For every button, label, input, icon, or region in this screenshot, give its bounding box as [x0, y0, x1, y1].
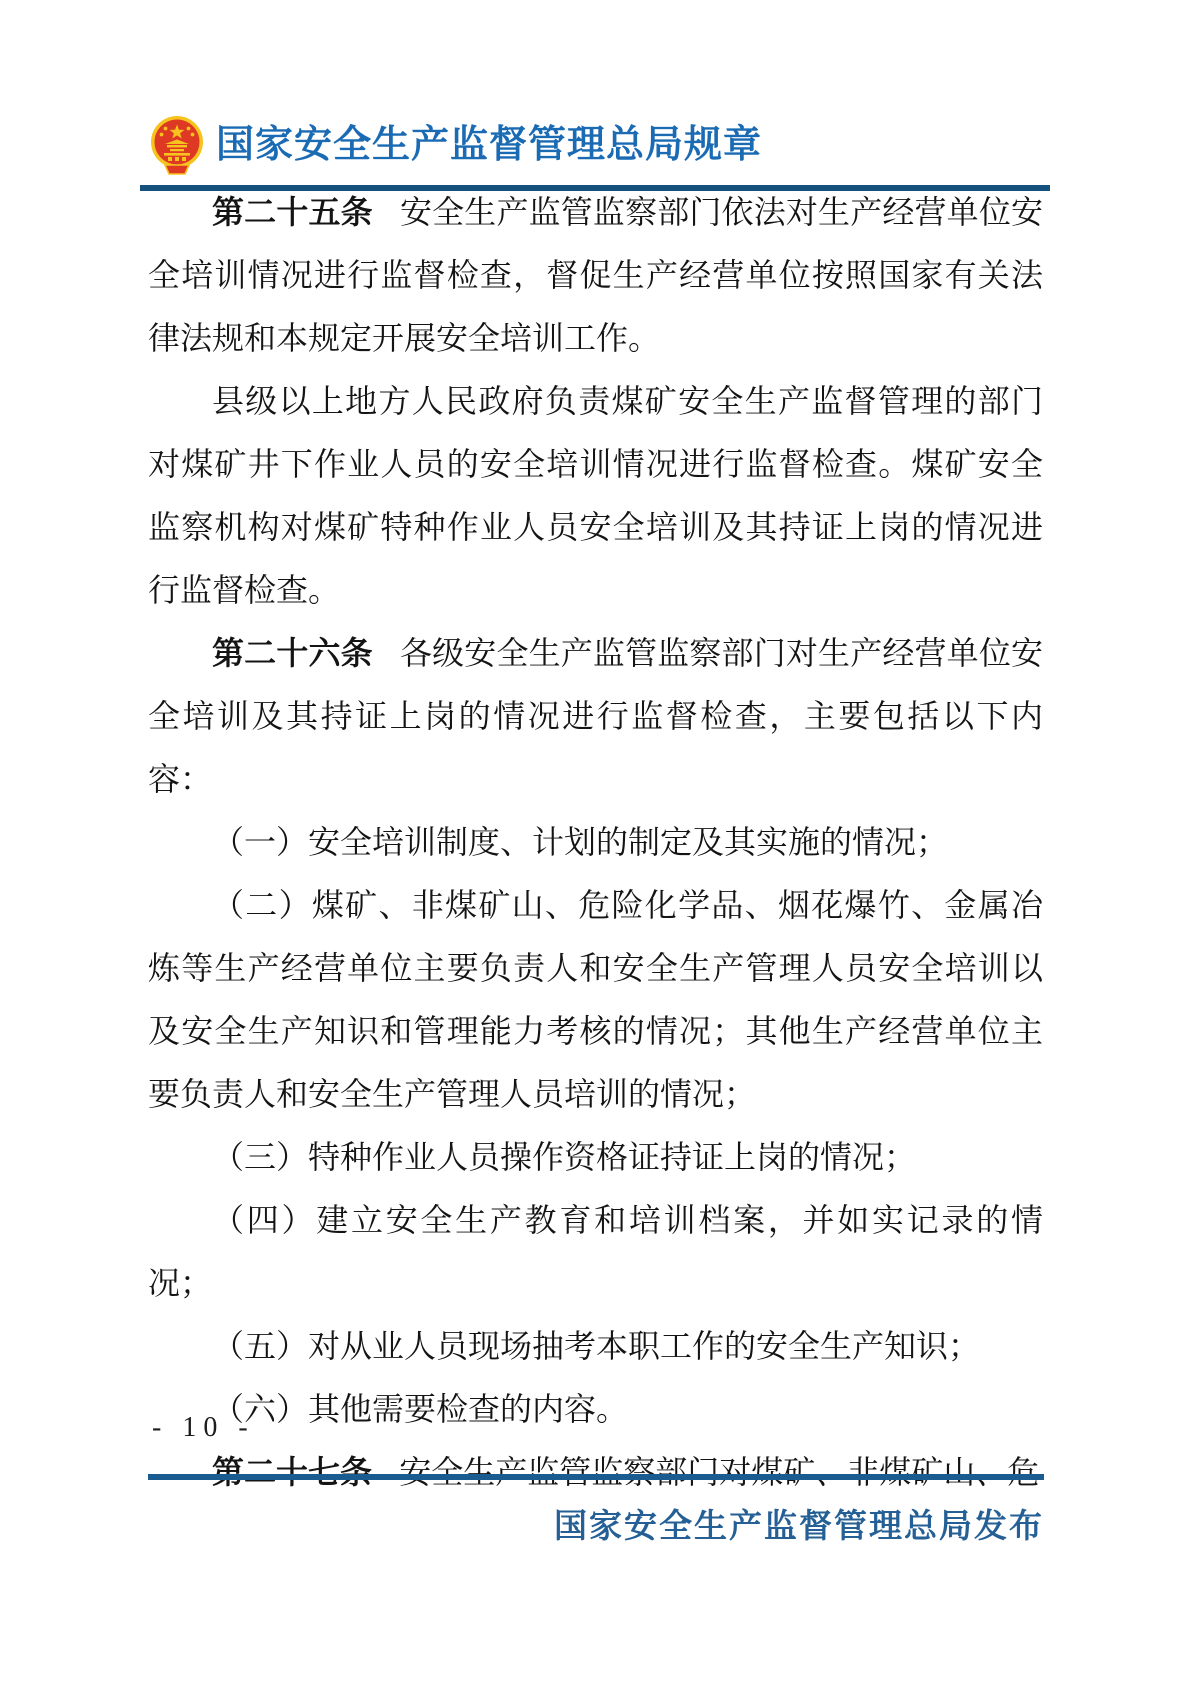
page-number: - 10 - [152, 1412, 255, 1444]
china-national-emblem-icon [148, 114, 206, 176]
paragraph: （四）建立安全生产教育和培训档案，并如实记录的情况； [148, 1189, 1043, 1315]
paragraph: （三）特种作业人员操作资格证持证上岗的情况； [148, 1126, 1043, 1189]
article-number: 第二十五条 [212, 194, 373, 230]
paragraph: （六）其他需要检查的内容。 [148, 1378, 1043, 1441]
paragraph: （五）对从业人员现场抽考本职工作的安全生产知识； [148, 1315, 1043, 1378]
paragraph: （一）安全培训制度、计划的制定及其实施的情况； [148, 811, 1043, 874]
article-number: 第二十六条 [212, 635, 373, 671]
publisher-label: 国家安全生产监督管理总局发布 [554, 1500, 1044, 1547]
document-page: 国家安全生产监督管理总局规章 第二十五条安全生产监管监察部门依法对生产经营单位安… [0, 0, 1190, 1683]
footer-rule [148, 1474, 1044, 1480]
article-number: 第二十七条 [212, 1454, 372, 1490]
paragraph: 县级以上地方人民政府负责煤矿安全生产监督管理的部门对煤矿井下作业人员的安全培训情… [148, 370, 1043, 622]
paragraph: 第二十五条安全生产监管监察部门依法对生产经营单位安全培训情况进行监督检查，督促生… [148, 181, 1043, 370]
paragraph: （二）煤矿、非煤矿山、危险化学品、烟花爆竹、金属冶炼等生产经营单位主要负责人和安… [148, 874, 1043, 1126]
document-body: 第二十五条安全生产监管监察部门依法对生产经营单位安全培训情况进行监督检查，督促生… [148, 181, 1043, 1504]
paragraph: 第二十六条各级安全生产监管监察部门对生产经营单位安全培训及其持证上岗的情况进行监… [148, 622, 1043, 811]
paragraph: 第二十七条安全生产监管监察部门对煤矿、非煤矿山、危 [148, 1441, 1043, 1504]
page-header: 国家安全生产监督管理总局规章 [148, 114, 762, 176]
page-header-title: 国家安全生产监督管理总局规章 [216, 116, 762, 174]
